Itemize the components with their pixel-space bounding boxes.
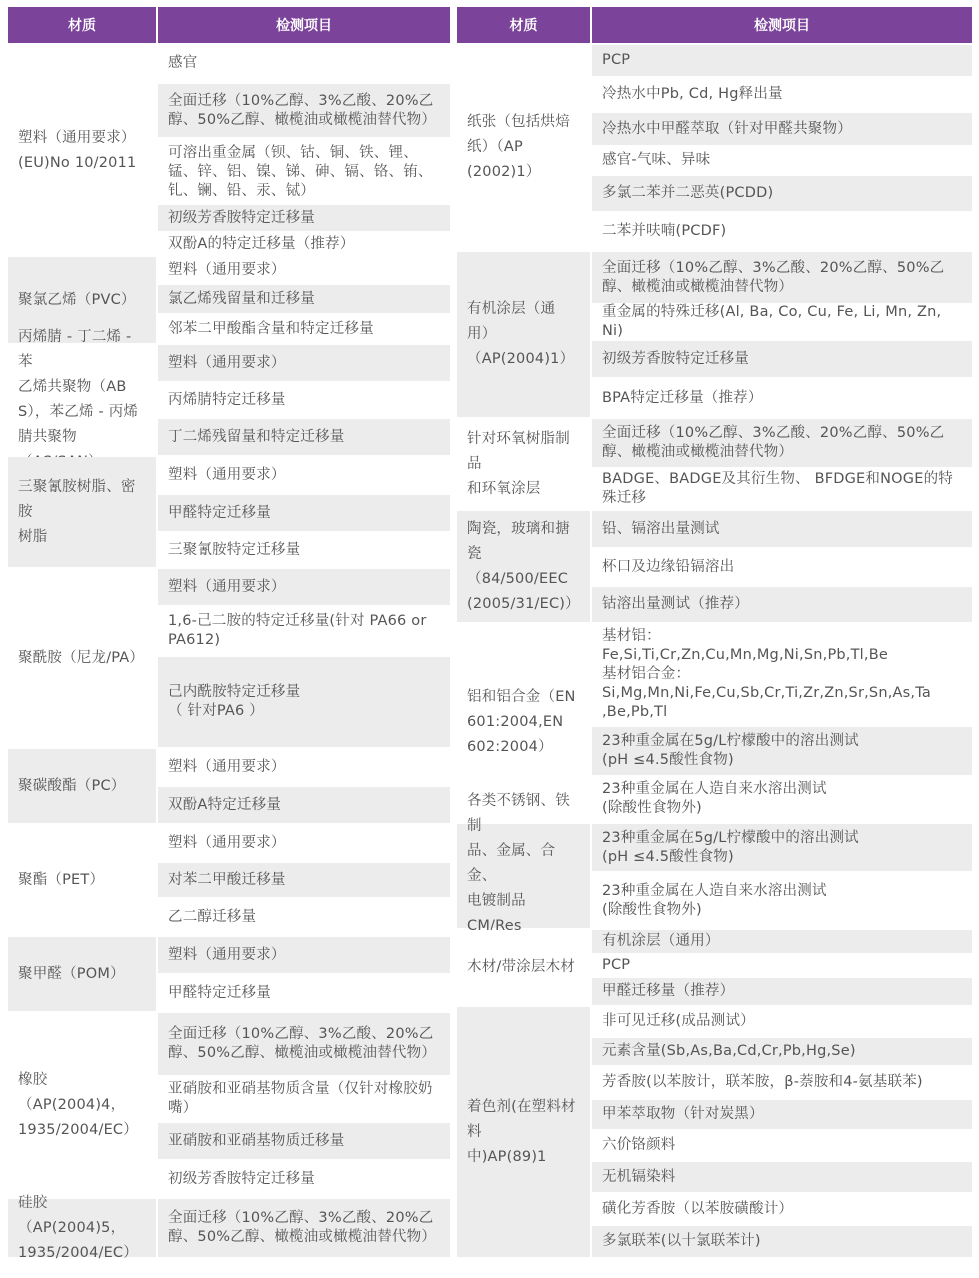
- material-cell: 聚甲醛（POM）: [8, 937, 156, 1011]
- test-item-cell: 己内酰胺特定迁移量 （ 针对PA6 ）: [158, 657, 450, 747]
- test-item-cell: 23种重金属在5g/L柠檬酸中的溶出测试 (pH ≤4.5酸性食物): [592, 727, 972, 775]
- material-cell: 纸张（包括烘焙 纸）（AP (2002)1）: [457, 45, 590, 250]
- test-item-cell: 丁二烯残留量和特定迁移量: [158, 419, 450, 455]
- test-item-cell: 氯乙烯残留量和迁移量: [158, 285, 450, 313]
- test-item-cell: 甲醛迁移量（推荐）: [592, 978, 972, 1005]
- test-item-cell: 基材铝： Fe,Si,Ti,Cr,Zn,Cu,Mn,Mg,Ni,Sn,Pb,Tl…: [592, 624, 972, 725]
- right-header-material: 材质: [457, 7, 590, 43]
- test-item-cell: 六价铬颜料: [592, 1131, 972, 1160]
- material-cell: 着色剂(在塑料材料 中)AP(89)1: [457, 1007, 590, 1257]
- left-header-test-items: 检测项目: [158, 7, 450, 43]
- test-item-cell: 冷热水中甲醛萃取（针对甲醛共聚物）: [592, 113, 972, 145]
- test-item-cell: 有机涂层（通用）: [592, 930, 972, 953]
- test-item-cell: 无机镉染料: [592, 1162, 972, 1192]
- test-item-cell: 非可见迁移(成品测试）: [592, 1007, 972, 1036]
- right-header-test-items: 检测项目: [592, 7, 972, 43]
- test-item-cell: 甲苯萃取物（针对炭黑）: [592, 1100, 972, 1129]
- test-item-cell: 亚硝胺和亚硝基物质含量（仅针对橡胶奶 嘴）: [158, 1077, 450, 1121]
- test-item-cell: 全面迁移（10%乙醇、3%乙酸、20%乙 醇、50%乙醇、橄榄油或橄榄油替代物）: [158, 84, 450, 137]
- test-item-cell: 多氯二苯并二恶英(PCDD): [592, 176, 972, 211]
- material-cell: 有机涂层（通用） （AP(2004)1）: [457, 252, 590, 417]
- test-item-cell: 亚硝胺和亚硝基物质迁移量: [158, 1123, 450, 1159]
- test-item-cell: 三聚氰胺特定迁移量: [158, 533, 450, 567]
- material-cell: 聚酰胺（尼龙/PA）: [8, 569, 156, 747]
- test-item-cell: 塑料（通用要求）: [158, 937, 450, 973]
- test-item-cell: 初级芳香胺特定迁移量: [592, 341, 972, 377]
- material-cell: 各类不锈钢、铁制 品、金属、合金、 电镀制品CM/Res (2013)9: [457, 824, 590, 928]
- test-item-cell: 感官-气味、异味: [592, 147, 972, 174]
- test-item-cell: PCP: [592, 45, 972, 76]
- test-item-cell: PCP: [592, 955, 972, 976]
- test-item-cell: 冷热水中Pb, Cd, Hg释出量: [592, 78, 972, 111]
- test-item-cell: 全面迁移（10%乙醇、3%乙酸、20%乙 醇、50%乙醇、橄榄油或橄榄油替代物）: [158, 1013, 450, 1075]
- test-item-cell: 杯口及边缘铅镉溶出: [592, 549, 972, 585]
- material-cell: 针对环氧树脂制品 和环氧涂层: [457, 419, 590, 509]
- test-item-cell: 重金属的特殊迁移(Al, Ba, Co, Cu, Fe, Li, Mn, Zn,…: [592, 305, 972, 339]
- test-item-cell: 乙二醇迁移量: [158, 899, 450, 935]
- test-item-cell: 塑料（通用要求）: [158, 457, 450, 493]
- test-item-cell: 23种重金属在人造自来水溶出测试 (除酸性食物外): [592, 777, 972, 821]
- test-item-cell: 塑料（通用要求）: [158, 257, 450, 283]
- test-item-cell: 甲醛特定迁移量: [158, 975, 450, 1011]
- test-item-cell: 邻苯二甲酸酯含量和特定迁移量: [158, 315, 450, 343]
- material-cell: 聚酯（PET）: [8, 825, 156, 935]
- test-item-cell: 塑料（通用要求）: [158, 825, 450, 861]
- test-item-cell: 塑料（通用要求）: [158, 749, 450, 785]
- material-cell: 橡胶（AP(2004)4， 1935/2004/EC）: [8, 1013, 156, 1197]
- test-item-cell: 双酚A特定迁移量: [158, 787, 450, 823]
- material-cell: 陶瓷，玻璃和搪瓷 （84/500/EEC (2005/31/EC)）: [457, 511, 590, 622]
- test-item-cell: 初级芳香胺特定迁移量: [158, 205, 450, 231]
- test-item-cell: 23种重金属在人造自来水溶出测试 (除酸性食物外): [592, 873, 972, 928]
- left-header-material: 材质: [8, 7, 156, 43]
- test-item-cell: 1,6-己二胺的特定迁移量(针对 PA66 or PA612): [158, 607, 450, 655]
- material-cell: 塑料（通用要求） (EU)No 10/2011: [8, 45, 156, 257]
- test-item-cell: 全面迁移（10%乙醇、3%乙酸、20%乙 醇、50%乙醇、橄榄油或橄榄油替代物）: [158, 1199, 450, 1257]
- test-item-cell: 初级芳香胺特定迁移量: [158, 1161, 450, 1197]
- material-cell: 硅胶（AP(2004)5， 1935/2004/EC）: [8, 1199, 156, 1257]
- test-item-cell: 双酚A的特定迁移量（推荐）: [158, 231, 450, 257]
- test-item-cell: 铅、镉溶出量测试: [592, 511, 972, 547]
- test-item-cell: 23种重金属在5g/L柠檬酸中的溶出测试 (pH ≤4.5酸性食物): [592, 824, 972, 871]
- material-cell: 三聚氰胺树脂、密胺 树脂: [8, 457, 156, 567]
- test-item-cell: 钴溶出量测试（推荐）: [592, 587, 972, 622]
- test-item-cell: BPA特定迁移量（推荐）: [592, 379, 972, 417]
- test-item-cell: 丙烯腈特定迁移量: [158, 383, 450, 417]
- test-item-cell: 可溶出重金属（钡、钴、铜、铁、锂、 锰、锌、铝、镍、锑、砷、镉、铬、铕、 钆、镧…: [158, 139, 450, 205]
- test-item-cell: 塑料（通用要求）: [158, 569, 450, 605]
- test-item-cell: 全面迁移（10%乙醇、3%乙酸、20%乙醇、50%乙 醇、橄榄油或橄榄油替代物）: [592, 252, 972, 303]
- test-item-cell: 塑料（通用要求）: [158, 345, 450, 381]
- test-item-cell: 对苯二甲酸迁移量: [158, 863, 450, 897]
- test-item-cell: 全面迁移（10%乙醇、3%乙酸、20%乙醇、50%乙 醇、橄榄油或橄榄油替代物）: [592, 419, 972, 467]
- material-cell: 木材/带涂层木材: [457, 930, 590, 1005]
- test-item-cell: BADGE、BADGE及其衍生物、 BFDGE和NOGE的特 殊迁移: [592, 469, 972, 509]
- test-item-cell: 感官: [158, 45, 450, 82]
- test-item-cell: 芳香胺(以苯胺计，联苯胺，β-萘胺和4-氨基联苯): [592, 1067, 972, 1098]
- test-item-cell: 多氯联苯(以十氯联苯计): [592, 1226, 972, 1257]
- material-cell: 丙烯腈 - 丁二烯 - 苯 乙烯共聚物（AB S），苯乙烯 - 丙烯 腈共聚物 …: [8, 345, 156, 455]
- test-item-cell: 二苯并呋喃(PCDF): [592, 213, 972, 250]
- test-item-cell: 甲醛特定迁移量: [158, 495, 450, 531]
- test-item-cell: 元素含量(Sb,As,Ba,Cd,Cr,Pb,Hg,Se): [592, 1038, 972, 1065]
- test-item-cell: 磺化芳香胺（以苯胺磺酸计）: [592, 1194, 972, 1224]
- material-cell: 聚碳酸酯（PC）: [8, 749, 156, 823]
